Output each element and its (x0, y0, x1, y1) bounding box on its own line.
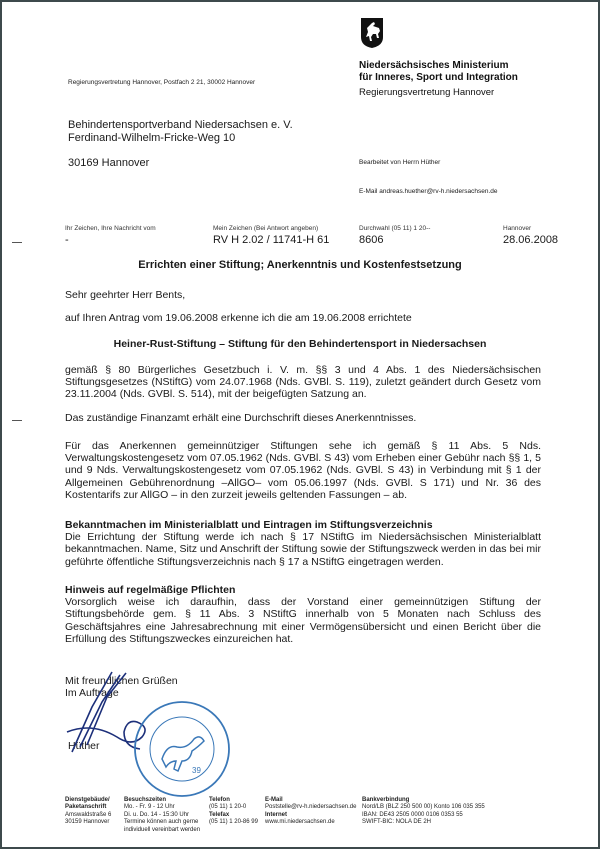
footer-email: E-Mail Poststelle@rv-h.niedersachsen.de … (265, 797, 356, 827)
footer-hours-line4: individuell vereinbart werden (124, 827, 200, 834)
recipient-city: 30169 Hannover (68, 157, 293, 170)
contact-email: E-Mail andreas.huether@rv-h.niedersachse… (359, 188, 497, 195)
extension-label: Durchwahl (05 11) 1 20-- (359, 225, 430, 232)
footer-hours-line2: Di. u. Do. 14 - 15:30 Uhr (124, 812, 200, 819)
paragraph-fees: Für das Anerkennen gemeinnütziger Stiftu… (65, 440, 541, 501)
footer-visiting-hours: Besuchszeiten Mo. - Fr. 9 - 12 Uhr Di. u… (124, 797, 200, 834)
date-value: 28.06.2008 (503, 234, 558, 246)
footer-bank-bic: SWIFT-BIC: NOLA DE 2H (362, 819, 485, 826)
footer-bank-account: Nord/LB (BLZ 250 500 00) Konto 106 035 3… (362, 804, 485, 811)
foundation-name: Heiner-Rust-Stiftung – Stiftung für den … (2, 338, 598, 350)
extension-value: 8606 (359, 234, 430, 246)
my-reference: Mein Zeichen (Bei Antwort angeben) RV H … (213, 225, 329, 246)
your-reference-value: - (65, 234, 156, 246)
footer-bank-heading: Bankverbindung (362, 797, 485, 804)
footer-building-heading2: Paketanschrift (65, 804, 111, 811)
fold-mark (12, 420, 22, 421)
footer-bank: Bankverbindung Nord/LB (BLZ 250 500 00) … (362, 797, 485, 827)
stamp-number: 39 (192, 766, 201, 775)
subject-line: Errichten einer Stiftung; Anerkenntnis u… (2, 259, 598, 271)
intro-sentence: auf Ihren Antrag vom 19.06.2008 erkenne … (65, 312, 541, 324)
footer-phone-heading: Telefon (209, 797, 258, 804)
extension: Durchwahl (05 11) 1 20-- 8606 (359, 225, 430, 246)
footer-internet-heading: Internet (265, 812, 356, 819)
your-reference-label: Ihr Zeichen, Ihre Nachricht vom (65, 225, 156, 232)
my-reference-value: RV H 2.02 / 11741-H 61 (213, 234, 329, 246)
footer-fax-value: (05 11) 1 20-86 99 (209, 819, 258, 826)
section-duties-heading: Hinweis auf regelmäßige Pflichten (65, 584, 541, 596)
your-reference: Ihr Zeichen, Ihre Nachricht vom - (65, 225, 156, 246)
official-seal-stamp: 39 (132, 699, 232, 799)
footer-building-city: 30159 Hannover (65, 819, 111, 826)
paragraph-legal-basis: gemäß § 80 Bürgerliches Gesetzbuch i. V.… (65, 364, 541, 401)
handled-by: Bearbeitet von Herrn Hüther (359, 159, 440, 166)
footer-hours-line3: Termine können auch gerne (124, 819, 200, 826)
section-duties-text: Vorsorglich weise ich daraufhin, dass de… (65, 596, 541, 645)
footer-email-value[interactable]: Poststelle@rv-h.niedersachsen.de (265, 804, 356, 811)
footer-hours-heading: Besuchszeiten (124, 797, 200, 804)
lower-saxony-horse-crest-icon (360, 17, 384, 49)
section-publish-text: Die Errichtung der Stiftung werde ich na… (65, 531, 541, 568)
my-reference-label: Mein Zeichen (Bei Antwort angeben) (213, 225, 329, 232)
footer-email-heading: E-Mail (265, 797, 356, 804)
place-label: Hannover (503, 225, 558, 232)
ministry-line1: Niedersächsisches Ministerium (359, 60, 518, 72)
office-name: Regierungsvertretung Hannover (359, 87, 518, 99)
footer-building-street: Amswaldstraße 6 (65, 812, 111, 819)
recipient-line2: Ferdinand-Wilhelm-Fricke-Weg 10 (68, 132, 293, 145)
sender-return-address: Regierungsvertretung Hannover, Postfach … (68, 79, 255, 86)
footer-bank-iban: IBAN: DE43 2505 0000 0106 0353 55 (362, 812, 485, 819)
footer-building-heading1: Dienstgebäude/ (65, 797, 111, 804)
section-duties: Hinweis auf regelmäßige Pflichten Vorsor… (65, 584, 541, 645)
letter-page: Niedersächsisches Ministerium für Innere… (0, 0, 600, 849)
salutation: Sehr geehrter Herr Bents, (65, 289, 541, 301)
letter-date: Hannover 28.06.2008 (503, 225, 558, 246)
footer-internet-value[interactable]: www.mi.niedersachsen.de (265, 819, 356, 826)
footer-phone-value: (05 11) 1 20-0 (209, 804, 258, 811)
paragraph-tax-office: Das zuständige Finanzamt erhält eine Dur… (65, 412, 541, 424)
ministry-name: Niedersächsisches Ministerium für Innere… (359, 60, 518, 99)
section-publish-heading: Bekanntmachen im Ministerialblatt und Ei… (65, 519, 541, 531)
ministry-line2: für Inneres, Sport und Integration (359, 72, 518, 84)
section-publish: Bekanntmachen im Ministerialblatt und Ei… (65, 519, 541, 568)
footer-building: Dienstgebäude/ Paketanschrift Amswaldstr… (65, 797, 111, 827)
fold-mark (12, 242, 22, 243)
recipient-address: Behindertensportverband Niedersachsen e.… (68, 119, 293, 170)
footer-fax-heading: Telefax (209, 812, 258, 819)
footer-phone: Telefon (05 11) 1 20-0 Telefax (05 11) 1… (209, 797, 258, 827)
recipient-line1: Behindertensportverband Niedersachsen e.… (68, 119, 293, 132)
footer-hours-line1: Mo. - Fr. 9 - 12 Uhr (124, 804, 200, 811)
